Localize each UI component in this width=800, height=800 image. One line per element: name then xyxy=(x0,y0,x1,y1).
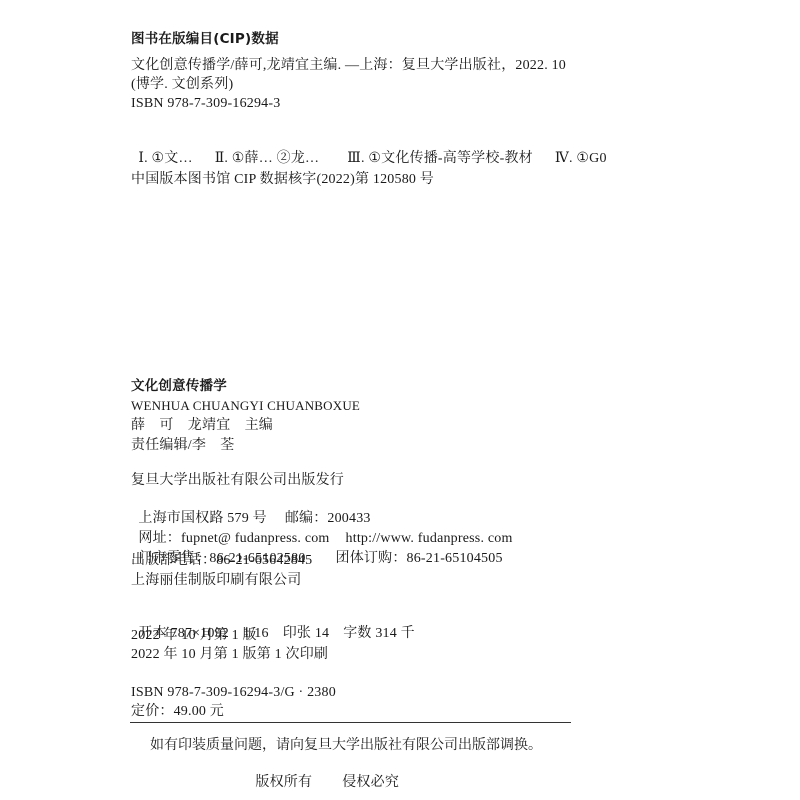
isbn-full: ISBN 978-7-309-16294-3/G · 2380 xyxy=(131,684,336,702)
cip-heading: 图书在版编目(CIP)数据 xyxy=(131,30,279,48)
divider-rule xyxy=(130,722,571,723)
cip-isbn: ISBN 978-7-309-16294-3 xyxy=(131,95,280,113)
spec-words: 字数 314 千 xyxy=(343,626,415,641)
book-editors: 薛 可 龙靖宜 主编 xyxy=(131,417,273,435)
class-ii: Ⅱ. ①薛… ②龙… xyxy=(215,151,320,166)
cip-line-2: (博学. 文创系列) xyxy=(131,76,233,94)
cip-classification: Ⅰ. ①文…Ⅱ. ①薛… ②龙…Ⅲ. ①文化传播-高等学校-教材Ⅳ. ①G0 xyxy=(131,132,607,168)
rights-row: 版权所有侵权必究 xyxy=(248,756,399,792)
price: 定价：49.00 元 xyxy=(131,703,224,721)
cip-record: 中国版本图书馆 CIP 数据核字(2022)第 120580 号 xyxy=(131,171,434,189)
spec-sheets: 印张 14 xyxy=(283,626,330,641)
rights-reserved: 版权所有 xyxy=(255,775,312,790)
publisher-group: 团体订购：86-21-65104505 xyxy=(336,551,503,566)
rights-infringement: 侵权必究 xyxy=(342,775,399,790)
publisher-dept-phone: 出版部电话：86-21-65642845 xyxy=(131,552,312,570)
class-iii: Ⅲ. ①文化传播-高等学校-教材 xyxy=(347,151,533,166)
spec-printing: 2022 年 10 月第 1 版第 1 次印刷 xyxy=(131,646,328,664)
spec-edition: 2022 年 10 月第 1 版 xyxy=(131,627,257,645)
book-title-pinyin: WENHUA CHUANGYI CHUANBOXUE xyxy=(131,397,360,415)
cip-line-1: 文化创意传播学/薛可,龙靖宜主编. —上海：复旦大学出版社，2022. 10 xyxy=(131,57,566,75)
class-iv: Ⅳ. ①G0 xyxy=(555,151,607,166)
book-title: 文化创意传播学 xyxy=(131,377,227,395)
publisher-name: 复旦大学出版社有限公司出版发行 xyxy=(131,472,344,490)
printer-name: 上海丽佳制版印刷有限公司 xyxy=(131,572,301,590)
class-i: Ⅰ. ①文… xyxy=(138,151,192,166)
responsible-editor: 责任编辑/李 荃 xyxy=(131,437,235,455)
quality-notice: 如有印装质量问题，请向复旦大学出版社有限公司出版部调换。 xyxy=(130,737,610,755)
